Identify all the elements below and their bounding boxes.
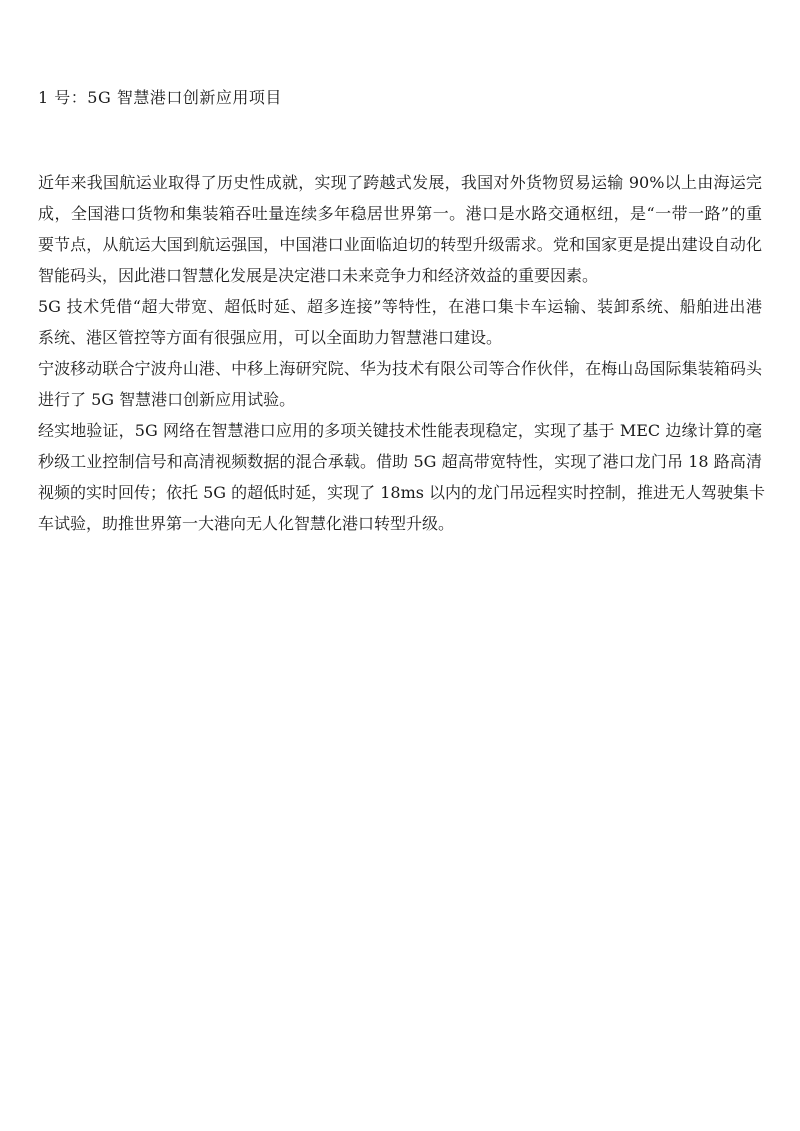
text-line: 宁波移动联合宁波舟山港、中移上海研究院、华为技术有限公司等合作伙伴，在梅山岛国际… (38, 359, 762, 390)
text-line: 经实地验证，5G 网络在智慧港口应用的多项关键技术性能表现稳定，实现了基于 ME… (38, 421, 762, 452)
paragraph-partners: 宁波移动联合宁波舟山港、中移上海研究院、华为技术有限公司等合作伙伴，在梅山岛国际… (38, 359, 762, 421)
text-line: 5G 技术凭借“超大带宽、超低时延、超多连接”等特性，在港口集卡车运输、装卸系统… (38, 297, 762, 328)
paragraph-results: 经实地验证，5G 网络在智慧港口应用的多项关键技术性能表现稳定，实现了基于 ME… (38, 421, 762, 545)
text-line: 成，全国港口货物和集装箱吞吐量连续多年稳居世界第一。港口是水路交通枢纽，是“一带… (38, 204, 762, 235)
document-body: 近年来我国航运业取得了历史性成就，实现了跨越式发展，我国对外货物贸易运输 90%… (38, 173, 762, 545)
text-line: 视频的实时回传；依托 5G 的超低时延，实现了 18ms 以内的龙门吊远程实时控… (38, 483, 762, 514)
document-title: 1 号：5G 智慧港口创新应用项目 (38, 88, 282, 108)
text-line: 车试验，助推世界第一大港向无人化智慧化港口转型升级。 (38, 514, 762, 545)
text-line: 智能码头，因此港口智慧化发展是决定港口未来竞争力和经济效益的重要因素。 (38, 266, 762, 297)
text-line: 要节点，从航运大国到航运强国，中国港口业面临迫切的转型升级需求。党和国家更是提出… (38, 235, 762, 266)
text-line: 近年来我国航运业取得了历史性成就，实现了跨越式发展，我国对外货物贸易运输 90%… (38, 173, 762, 204)
text-line: 系统、港区管控等方面有很强应用，可以全面助力智慧港口建设。 (38, 328, 762, 359)
paragraph-background: 近年来我国航运业取得了历史性成就，实现了跨越式发展，我国对外货物贸易运输 90%… (38, 173, 762, 297)
paragraph-5g-features: 5G 技术凭借“超大带宽、超低时延、超多连接”等特性，在港口集卡车运输、装卸系统… (38, 297, 762, 359)
text-line: 秒级工业控制信号和高清视频数据的混合承载。借助 5G 超高带宽特性，实现了港口龙… (38, 452, 762, 483)
text-line: 进行了 5G 智慧港口创新应用试验。 (38, 390, 762, 421)
